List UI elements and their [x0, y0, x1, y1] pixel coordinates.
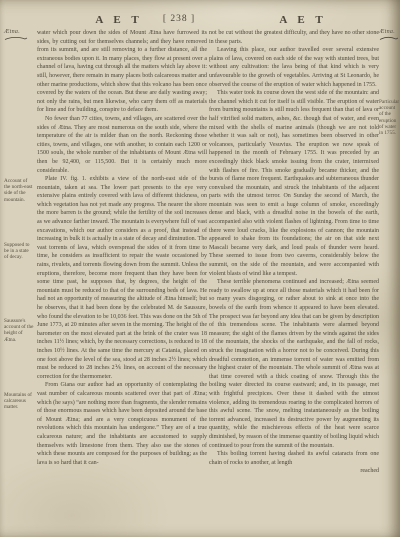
book-page: A E T [ 238 ] A E T Ætna. Account of the… — [0, 0, 400, 537]
flourish-rule-icon — [379, 36, 399, 41]
paragraph: not be cut without the greatest difficul… — [209, 29, 379, 46]
running-title-left: A E T — [88, 14, 150, 26]
sidenote-northeast-side: Account of the north-east side of the mo… — [4, 178, 34, 203]
paragraph: Leaving this place, our author travelled… — [209, 46, 379, 89]
catchword: reached — [209, 467, 379, 476]
paragraph: Plate IV. fig. 1. exhibits a view of the… — [37, 175, 207, 381]
paragraph: This water took its course down the west… — [209, 89, 379, 278]
flourish-rule-icon — [4, 36, 34, 41]
sidenote-eruption-of-water: Particular account of the eruption of wa… — [379, 99, 399, 136]
left-margin-head: Ætna. — [4, 29, 34, 41]
right-margin-head: Ætna. — [379, 29, 399, 41]
running-title-right: A E T — [272, 14, 334, 26]
paragraph: No fewer than 77 cities, towns, and vill… — [37, 115, 207, 175]
page-number: [ 238 ] — [148, 14, 210, 24]
paragraph: This boiling torrent having dashed its a… — [209, 450, 379, 467]
paragraph: From Giana our author had an opportunity… — [37, 381, 207, 467]
sidenote-state-of-decay: Supposed to be in a state of decay. — [4, 242, 34, 261]
sidenote-saussure-height: Saussure's account of the height of Ætna… — [4, 318, 34, 343]
article-label: Ætna. — [379, 29, 399, 35]
sidenote-calcareous-mountains: Mountains of calcareous matter. — [4, 392, 34, 411]
left-text-column: water which pour down the sides of Mount… — [37, 29, 207, 467]
paragraph: water which pour down the sides of Mount… — [37, 29, 207, 115]
right-text-column: not be cut without the greatest difficul… — [209, 29, 379, 476]
article-label: Ætna. — [4, 29, 34, 35]
paragraph: These terrible phenomena continued and i… — [209, 278, 379, 450]
